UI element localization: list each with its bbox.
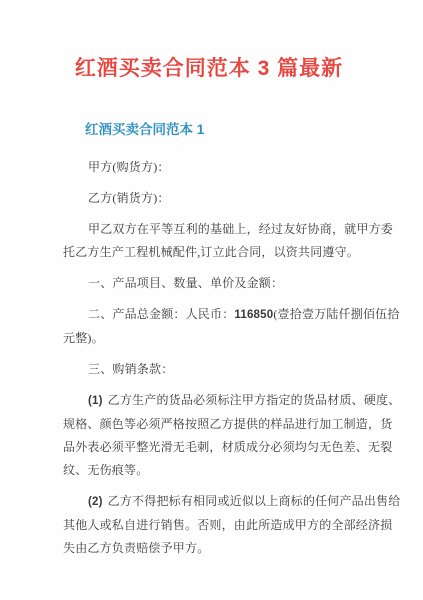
item-2-line-1: 二、产品总金额：人民币：116850(壹拾壹万陆仟捌佰伍拾 bbox=[63, 303, 365, 327]
item-1-text: 一、产品项目、数量、单价及金额： bbox=[63, 272, 365, 295]
document-page: 红酒买卖合同范本 3 篇最新 红酒买卖合同范本 1 甲方(购货方)： 乙方(销货… bbox=[0, 0, 423, 600]
intro-line-1: 甲乙双方在平等互利的基础上，经过友好协商，就甲方委 bbox=[63, 218, 365, 241]
intro-line-2: 托乙方生产工程机械配件,订立此合同，以资共同遵守。 bbox=[63, 241, 365, 264]
item-2-prefix: 二、产品总金额：人民币： bbox=[88, 307, 234, 321]
item-3-paragraph: 三、购销条款： bbox=[63, 358, 365, 381]
item-2-suffix: (壹拾壹万陆仟捌佰伍拾 bbox=[273, 307, 399, 321]
clause-1-line-1: (1)乙方生产的货品必须标注甲方指定的货品材质、硬度、 bbox=[63, 389, 365, 413]
intro-paragraph: 甲乙双方在平等互利的基础上，经过友好协商，就甲方委 托乙方生产工程机械配件,订立… bbox=[63, 218, 365, 264]
clause-2-line-3: 失由乙方负责赔偿予甲方。 bbox=[63, 537, 365, 560]
item-3-text: 三、购销条款： bbox=[63, 358, 365, 381]
item-1-paragraph: 一、产品项目、数量、单价及金额： bbox=[63, 272, 365, 295]
item-2-line-2: 元整)。 bbox=[63, 327, 365, 350]
section-heading: 红酒买卖合同范本 1 bbox=[63, 118, 365, 138]
party-a-paragraph: 甲方(购货方)： bbox=[63, 156, 365, 179]
clause-2-line-2: 其他人或私自进行销售。否则，由此所造成甲方的全部经济损 bbox=[63, 514, 365, 537]
clause-2-text: 乙方不得把标有相同或近似以上商标的任何产品出售给 bbox=[108, 494, 401, 508]
clause-1-line-2: 规格、颜色等必须严格按照乙方提供的样品进行加工制造，货 bbox=[63, 413, 365, 436]
clause-2-paragraph: (2)乙方不得把标有相同或近似以上商标的任何产品出售给 其他人或私自进行销售。否… bbox=[63, 490, 365, 560]
clause-1-text: 乙方生产的货品必须标注甲方指定的货品材质、硬度、 bbox=[108, 393, 401, 407]
clause-1-line-4: 纹、无伤痕等。 bbox=[63, 459, 365, 482]
party-b-label: 乙方(销货方)： bbox=[63, 187, 365, 210]
item-2-paragraph: 二、产品总金额：人民币：116850(壹拾壹万陆仟捌佰伍拾 元整)。 bbox=[63, 303, 365, 350]
document-title: 红酒买卖合同范本 3 篇最新 bbox=[53, 52, 365, 82]
party-b-paragraph: 乙方(销货方)： bbox=[63, 187, 365, 210]
clause-1-marker: (1) bbox=[88, 395, 103, 407]
clause-2-line-1: (2)乙方不得把标有相同或近似以上商标的任何产品出售给 bbox=[63, 490, 365, 514]
clause-1-line-3: 品外表必须平整光滑无毛刺，材质成分必须均匀无色差、无裂 bbox=[63, 436, 365, 459]
clause-2-marker: (2) bbox=[88, 496, 103, 508]
clause-1-paragraph: (1)乙方生产的货品必须标注甲方指定的货品材质、硬度、 规格、颜色等必须严格按照… bbox=[63, 389, 365, 482]
party-a-label: 甲方(购货方)： bbox=[63, 156, 365, 179]
total-amount-value: 116850 bbox=[234, 309, 273, 321]
